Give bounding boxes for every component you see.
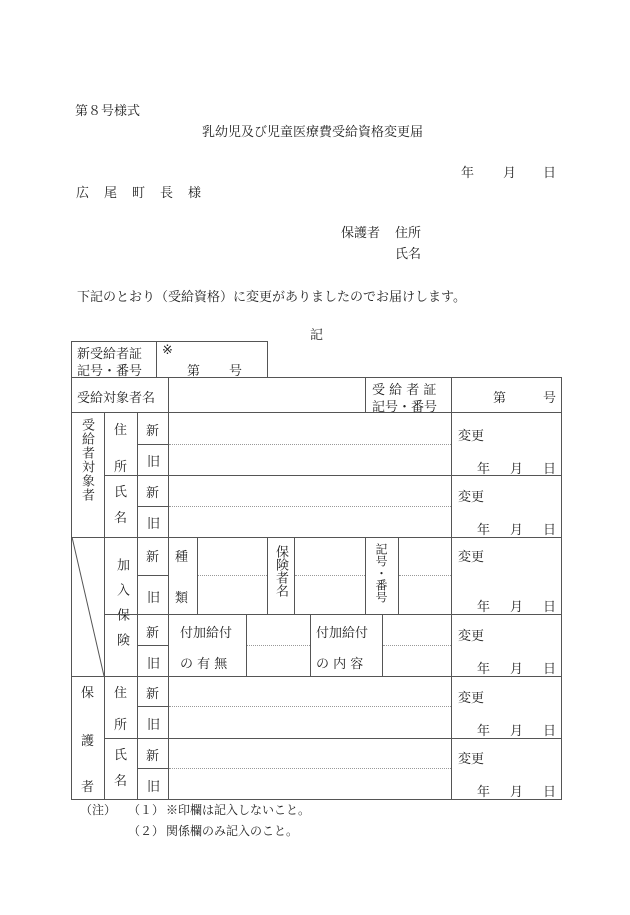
guardian-fullname-new-field[interactable] — [170, 740, 450, 767]
recipient-address-old-field[interactable] — [170, 446, 450, 474]
new-label: 新 — [146, 683, 159, 702]
change-month-label: 月 — [510, 519, 523, 538]
recipient-name-label-1: 氏 — [114, 481, 127, 500]
recipient-name-label-2: 名 — [114, 507, 127, 526]
new-label: 新 — [146, 546, 159, 565]
new-label: 新 — [146, 745, 159, 764]
change-day-label: 日 — [543, 720, 556, 739]
guardian-address-label-1: 住 — [114, 682, 127, 701]
change-label: 変更 — [458, 748, 484, 767]
insurance-code-old-field[interactable] — [400, 577, 450, 612]
section-recipient-title: 受給者対象者 — [80, 418, 93, 502]
guardian-fullname-old-field[interactable] — [170, 770, 450, 798]
extra-benefit-presence-old-field[interactable] — [248, 647, 308, 675]
guardian-address-new-field[interactable] — [170, 678, 450, 705]
extra-benefit-content-label-1: 付加給付 — [316, 622, 368, 641]
guardian-name-label: 氏名 — [395, 243, 421, 262]
addressee: 広 尾 町 長 様 — [76, 182, 202, 201]
form-title: 乳幼児及び児童医療費受給資格変更届 — [202, 121, 423, 140]
guardian-address-label: 住所 — [395, 222, 421, 241]
change-day-label: 日 — [543, 596, 556, 615]
guardian-label: 保護者 — [341, 222, 380, 241]
insurance-code-new-field[interactable] — [400, 539, 450, 574]
insurer-name-old-field[interactable] — [296, 577, 363, 612]
note-1-num: （１） — [128, 801, 164, 818]
change-label: 変更 — [458, 625, 484, 644]
recipient-address-label-2: 所 — [114, 456, 127, 475]
change-label: 変更 — [458, 425, 484, 444]
section-guardian-title-3: 者 — [81, 776, 94, 795]
guardian-name-label-1: 氏 — [114, 744, 127, 763]
recipient-name-label: 受給対象者名 — [77, 387, 155, 406]
insurance-type-label-1: 種 — [175, 546, 188, 565]
recipient-name-field[interactable] — [170, 379, 363, 410]
section-guardian-title-1: 保 — [81, 682, 94, 701]
extra-benefit-presence-new-field[interactable] — [248, 616, 308, 644]
guardian-address-old-field[interactable] — [170, 708, 450, 736]
change-year-label: 年 — [477, 596, 490, 615]
recipient-cert-label-2: 記号・番号 — [372, 396, 437, 415]
notes-prefix: （注） — [80, 801, 116, 818]
diagonal-slash — [71, 537, 105, 676]
change-year-label: 年 — [477, 720, 490, 739]
extra-benefit-content-old-field[interactable] — [384, 647, 450, 675]
old-label: 旧 — [147, 776, 160, 795]
date-year-label: 年 — [461, 162, 474, 181]
change-year-label: 年 — [477, 658, 490, 677]
old-label: 旧 — [147, 653, 160, 672]
old-label: 旧 — [147, 451, 160, 470]
note-1-text: ※印欄は記入しないこと。 — [166, 801, 310, 818]
section-guardian-title-2: 護 — [81, 730, 94, 749]
change-day-label: 日 — [543, 519, 556, 538]
extra-benefit-presence-label-1: 付加給付 — [180, 622, 232, 641]
extra-benefit-content-label-2: の 内 容 — [316, 653, 363, 672]
insurer-name-new-field[interactable] — [296, 539, 363, 574]
change-month-label: 月 — [510, 720, 523, 739]
old-label: 旧 — [147, 714, 160, 733]
new-label: 新 — [146, 420, 159, 439]
insurance-type-new-field[interactable] — [199, 539, 265, 574]
change-label: 変更 — [458, 486, 484, 505]
new-label: 新 — [146, 622, 159, 641]
section-insurance-title: 加入保険 — [115, 558, 128, 658]
old-label: 旧 — [147, 587, 160, 606]
change-label: 変更 — [458, 687, 484, 706]
statement: 下記のとおり（受給資格）に変更がありましたのでお届けします。 — [77, 286, 466, 305]
new-cert-number-field[interactable] — [200, 343, 260, 357]
change-day-label: 日 — [543, 658, 556, 677]
guardian-address-label-2: 所 — [114, 714, 127, 733]
date-month-label: 月 — [503, 162, 516, 181]
change-month-label: 月 — [510, 781, 523, 800]
recipient-address-new-field[interactable] — [170, 414, 450, 443]
change-label: 変更 — [458, 546, 484, 565]
change-month-label: 月 — [510, 596, 523, 615]
insurer-name-label: 保険者名 — [274, 545, 287, 597]
note-2-text: 関係欄のみ記入のこと。 — [166, 822, 298, 839]
recipient-address-label-1: 住 — [114, 419, 127, 438]
change-day-label: 日 — [543, 781, 556, 800]
old-label: 旧 — [147, 513, 160, 532]
recipient-cert-dai: 第 — [493, 387, 506, 406]
change-year-label: 年 — [477, 519, 490, 538]
recipient-cert-go: 号 — [543, 387, 556, 406]
insurance-type-old-field[interactable] — [199, 577, 265, 612]
extra-benefit-presence-label-2: の 有 無 — [180, 653, 227, 672]
guardian-name-label-2: 名 — [114, 770, 127, 789]
change-year-label: 年 — [477, 781, 490, 800]
date-day-label: 日 — [543, 162, 556, 181]
note-2-num: （２） — [128, 822, 164, 839]
insurance-type-label-2: 類 — [175, 587, 188, 606]
insurance-code-label: 記号・番号 — [375, 543, 387, 603]
new-label: 新 — [146, 482, 159, 501]
change-month-label: 月 — [510, 658, 523, 677]
form-number: 第８号様式 — [75, 100, 140, 119]
office-use-mark: ※ — [162, 343, 173, 358]
extra-benefit-content-new-field[interactable] — [384, 616, 450, 644]
ki-label: 記 — [310, 324, 323, 343]
recipient-fullname-old-field[interactable] — [170, 508, 450, 536]
recipient-fullname-new-field[interactable] — [170, 477, 450, 505]
